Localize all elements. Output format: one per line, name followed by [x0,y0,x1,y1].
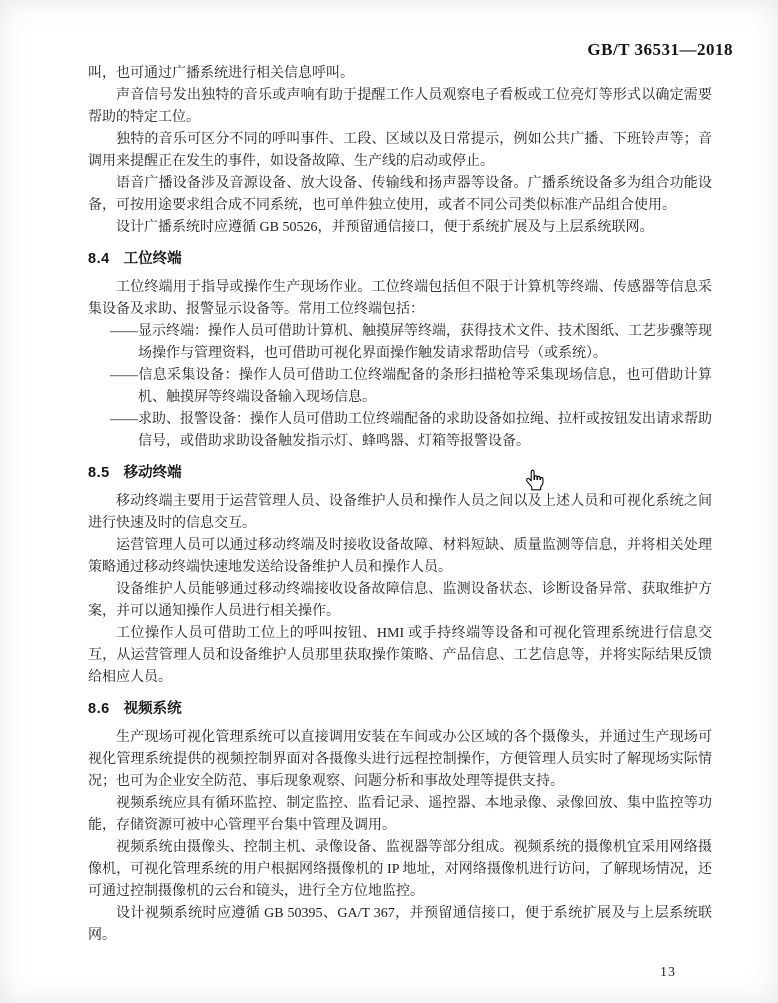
paragraph: 设备维护人员能够通过移动终端接收设备故障信息、监测设备状态、诊断设备异常、获取维… [88,579,712,623]
dash-list-item: ——显示终端：操作人员可借助计算机、触摸屏等终端，获得技术文件、技术图纸、工艺步… [88,321,712,365]
paragraph: 设计视频系统时应遵循 GB 50395、GA/T 367，并预留通信接口，便于系… [88,903,712,947]
section-title: 移动终端 [124,465,182,481]
standard-number-header: GB/T 36531—2018 [587,40,733,60]
paragraph: 生产现场可视化管理系统可以直接调用安装在车间或办公区域的各个摄像头，并通过生产现… [88,727,712,793]
paragraph: 语音广播设备涉及音源设备、放大设备、传输线和扬声器等设备。广播系统设备多为组合功… [88,173,712,217]
section-heading: 8.4工位终端 [88,248,712,270]
section-heading: 8.6视频系统 [88,698,712,720]
dash-list-item: ——信息采集设备：操作人员可借助工位终端配备的条形扫描枪等采集现场信息，也可借助… [88,365,712,409]
document-content: 叫，也可通过广播系统进行相关信息呼叫。声音信号发出独特的音乐或声响有助于提醒工作… [88,63,712,947]
paragraph: 工位终端用于指导或操作生产现场作业。工位终端包括但不限于计算机等终端、传感器等信… [88,277,712,321]
paragraph: 视频系统应具有循环监控、制定监控、监看记录、遥控器、本地录像、录像回放、集中监控… [88,793,712,837]
section-number: 8.4 [88,251,110,267]
paragraph: 移动终端主要用于运营管理人员、设备维护人员和操作人员之间以及上述人员和可视化系统… [88,491,712,535]
paragraph: 叫，也可通过广播系统进行相关信息呼叫。 [88,63,712,85]
paragraph: 设计广播系统时应遵循 GB 50526，并预留通信接口，便于系统扩展及与上层系统… [88,217,712,239]
paragraph: 视频系统由摄像头、控制主机、录像设备、监视器等部分组成。视频系统的摄像机宜采用网… [88,837,712,903]
section-heading: 8.5移动终端 [88,462,712,484]
page-number: 13 [660,965,676,981]
section-number: 8.5 [88,465,110,481]
paragraph: 独特的音乐可区分不同的呼叫事件、工段、区域以及日常提示，例如公共广播、下班铃声等… [88,129,712,173]
hand-pointer-cursor-icon [524,469,547,494]
section-number: 8.6 [88,701,110,717]
paragraph: 声音信号发出独特的音乐或声响有助于提醒工作人员观察电子看板或工位亮灯等形式以确定… [88,85,712,129]
dash-list-item: ——求助、报警设备：操作人员可借助工位终端配备的求助设备如拉绳、拉杆或按钮发出请… [88,409,712,453]
section-title: 视频系统 [124,701,182,717]
paragraph: 工位操作人员可借助工位上的呼叫按钮、HMI 或手持终端等设备和可视化管理系统进行… [88,623,712,689]
section-title: 工位终端 [124,251,182,267]
paragraph: 运营管理人员可以通过移动终端及时接收设备故障、材料短缺、质量监测等信息，并将相关… [88,535,712,579]
